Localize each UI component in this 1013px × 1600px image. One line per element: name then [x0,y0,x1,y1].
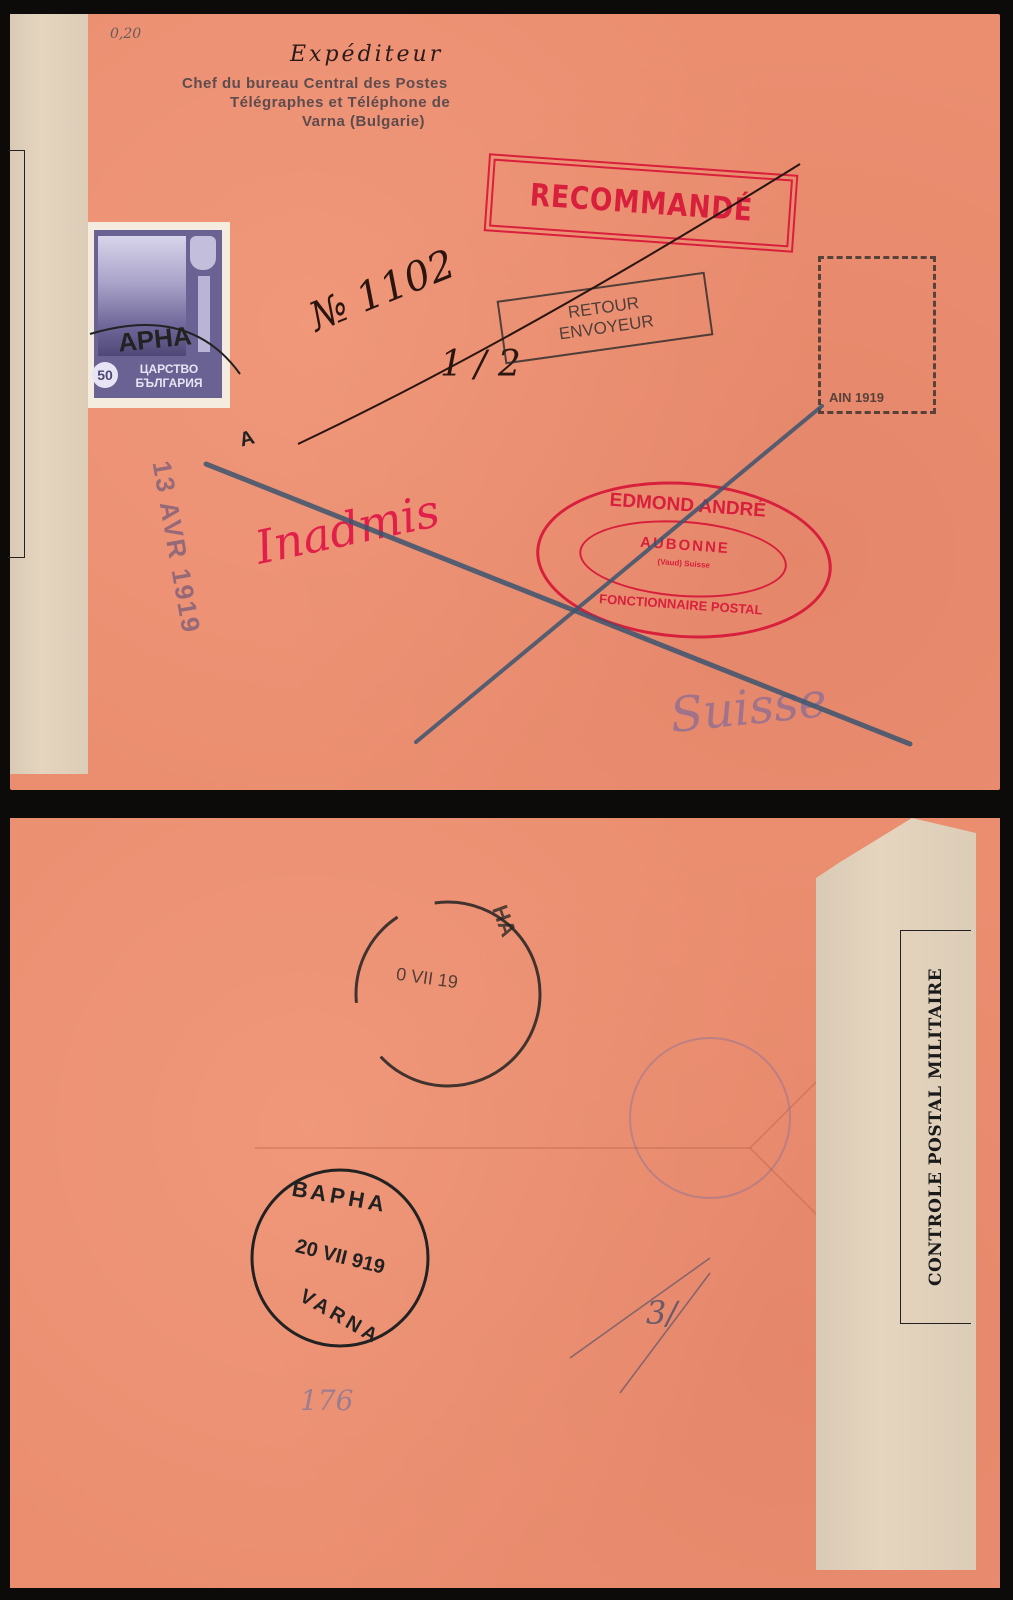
blue-crayon-cross [10,14,1000,790]
censor-label: CONTROLE POSTAL MILITAIRE [926,968,946,1286]
pencil-mark: 3/ [646,1294,677,1332]
censor-label-box: CONTROLE POSTAL MILITAIRE [900,930,971,1324]
varna-postmark-top: ВАРНА [251,1169,429,1225]
pencil-number: 176 [300,1384,353,1417]
envelope-back: 0 VII 19 НА ВАРНА 20 VII 919 VARNA 3/ 17… [10,818,1000,1588]
varna-postmark: ВАРНА 20 VII 919 VARNA [252,1170,428,1346]
envelope-front: 0,20 Expéditeur Chef du bureau Central d… [10,14,1000,790]
censor-tape-right: CONTROLE POSTAL MILITAIRE [816,818,976,1570]
